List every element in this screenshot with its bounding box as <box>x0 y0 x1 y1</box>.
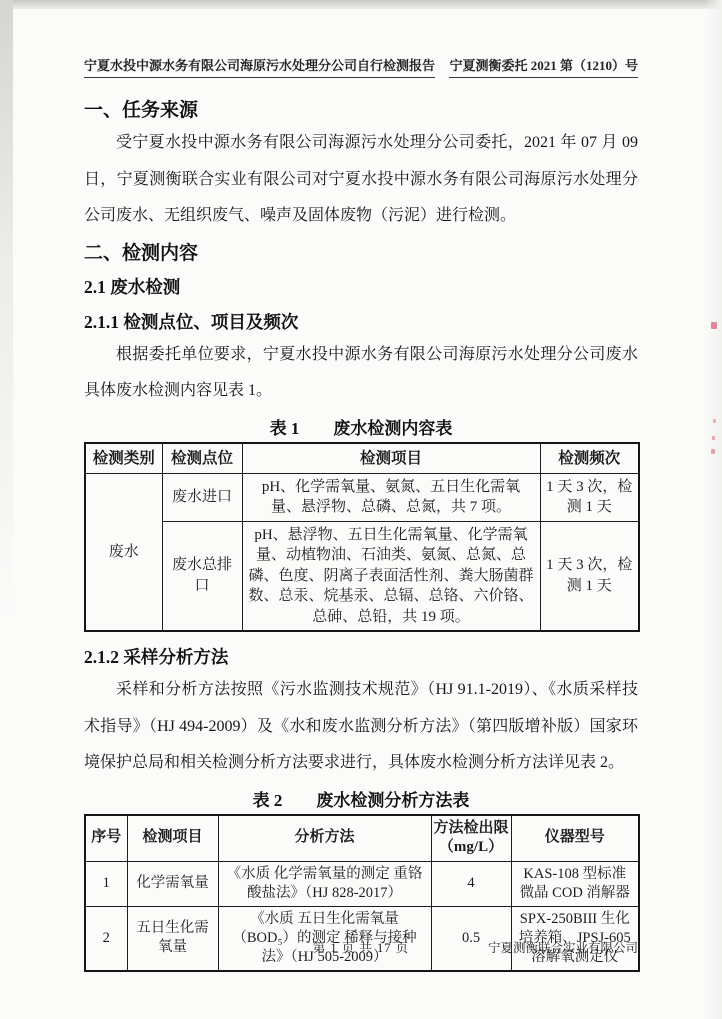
table-2-header-instrument: 仪器型号 <box>511 815 639 862</box>
table-2-header-row: 序号 检测项目 分析方法 方法检出限（mg/L） 仪器型号 <box>85 815 639 862</box>
table-row: 废水 废水进口 pH、化学需氧量、氨氮、五日生化需氧量、悬浮物、总磷、总氮，共 … <box>85 473 639 521</box>
table-2-instrument-cell: KAS-108 型标准微晶 COD 消解器 <box>511 861 639 906</box>
scan-artifact <box>712 436 715 440</box>
section-2-1-2-paragraph: 采样和分析方法按照《污水监测技术规范》（HJ 91.1-2019）、《水质采样技… <box>84 672 638 782</box>
table-2-header-no: 序号 <box>85 815 127 862</box>
table-row: 1 化学需氧量 《水质 化学需氧量的测定 重铬酸盐法》（HJ 828-2017）… <box>85 861 639 906</box>
table-1-items-cell: pH、悬浮物、五日生化需氧量、化学需氧量、动植物油、石油类、氨氮、总氮、总磷、色… <box>242 521 540 631</box>
table-1-header-category: 检测类别 <box>85 443 162 474</box>
table-1-header-point: 检测点位 <box>162 443 242 474</box>
page-header: 宁夏水投中源水务有限公司海原污水处理分公司自行检测报告 宁夏测衡委托 2021 … <box>84 55 638 78</box>
page-footer: 第 1 页 共 17 页 宁夏测衡联合实业有限公司 <box>84 938 638 956</box>
table-1-header-frequency: 检测频次 <box>540 443 639 474</box>
table-2-header-item: 检测项目 <box>127 815 218 862</box>
table-2-no-cell: 1 <box>85 861 127 906</box>
table-1-frequency-cell: 1 天 3 次，检测 1 天 <box>540 521 639 631</box>
section-2-1-1-paragraph: 根据委托单位要求，宁夏水投中源水务有限公司海原污水处理分公司废水具体废水检测内容… <box>84 337 638 410</box>
table-1-items-cell: pH、化学需氧量、氨氮、五日生化需氧量、悬浮物、总磷、总氮，共 7 项。 <box>242 473 540 521</box>
table-1-header-row: 检测类别 检测点位 检测项目 检测频次 <box>85 443 639 474</box>
scan-artifact <box>711 322 717 329</box>
document-page: 宁夏水投中源水务有限公司海原污水处理分公司自行检测报告 宁夏测衡委托 2021 … <box>0 0 722 1019</box>
header-report-number: 宁夏测衡委托 2021 第（1210）号 <box>449 55 638 78</box>
scan-edge-right <box>704 0 722 1019</box>
table-1-point-cell: 废水进口 <box>162 473 242 521</box>
table-2-limit-cell: 4 <box>431 861 511 906</box>
scan-edge-left <box>0 0 13 620</box>
table-1-point-cell: 废水总排口 <box>162 521 242 631</box>
section-2-title: 二、检测内容 <box>84 238 638 265</box>
scan-artifact <box>713 419 716 423</box>
section-2-1-1-title: 2.1.1 检测点位、项目及频次 <box>84 309 638 334</box>
header-report-title: 宁夏水投中源水务有限公司海原污水处理分公司自行检测报告 <box>84 55 435 78</box>
table-2-method-cell: 《水质 化学需氧量的测定 重铬酸盐法》（HJ 828-2017） <box>218 861 431 906</box>
table-1-header-items: 检测项目 <box>242 443 540 474</box>
footer-company-name: 宁夏测衡联合实业有限公司 <box>488 938 638 956</box>
scan-artifact <box>711 449 715 454</box>
section-2-1-2-title: 2.1.2 采样分析方法 <box>84 644 638 669</box>
table-wastewater-content: 检测类别 检测点位 检测项目 检测频次 废水 废水进口 pH、化学需氧量、氨氮、… <box>84 442 640 633</box>
section-2-1-title: 2.1 废水检测 <box>84 274 638 299</box>
table-row: 废水总排口 pH、悬浮物、五日生化需氧量、化学需氧量、动植物油、石油类、氨氮、总… <box>85 521 639 631</box>
section-1-title: 一、任务来源 <box>84 95 638 122</box>
table-1-frequency-cell: 1 天 3 次，检测 1 天 <box>540 473 639 521</box>
table-2-header-method: 分析方法 <box>218 815 431 862</box>
page-content: 宁夏水投中源水务有限公司海原污水处理分公司自行检测报告 宁夏测衡委托 2021 … <box>84 0 638 972</box>
footer-page-number: 第 1 页 共 17 页 <box>313 938 409 956</box>
table-2-title: 表 2 废水检测分析方法表 <box>84 786 638 811</box>
table-1-title: 表 1 废水检测内容表 <box>84 414 638 439</box>
table-2-item-cell: 化学需氧量 <box>127 861 218 906</box>
table-1-category-cell: 废水 <box>85 473 162 631</box>
section-1-paragraph: 受宁夏水投中源水务有限公司海源污水处理分公司委托，2021 年 07 月 09 … <box>84 125 638 235</box>
table-2-header-limit: 方法检出限（mg/L） <box>431 815 511 862</box>
